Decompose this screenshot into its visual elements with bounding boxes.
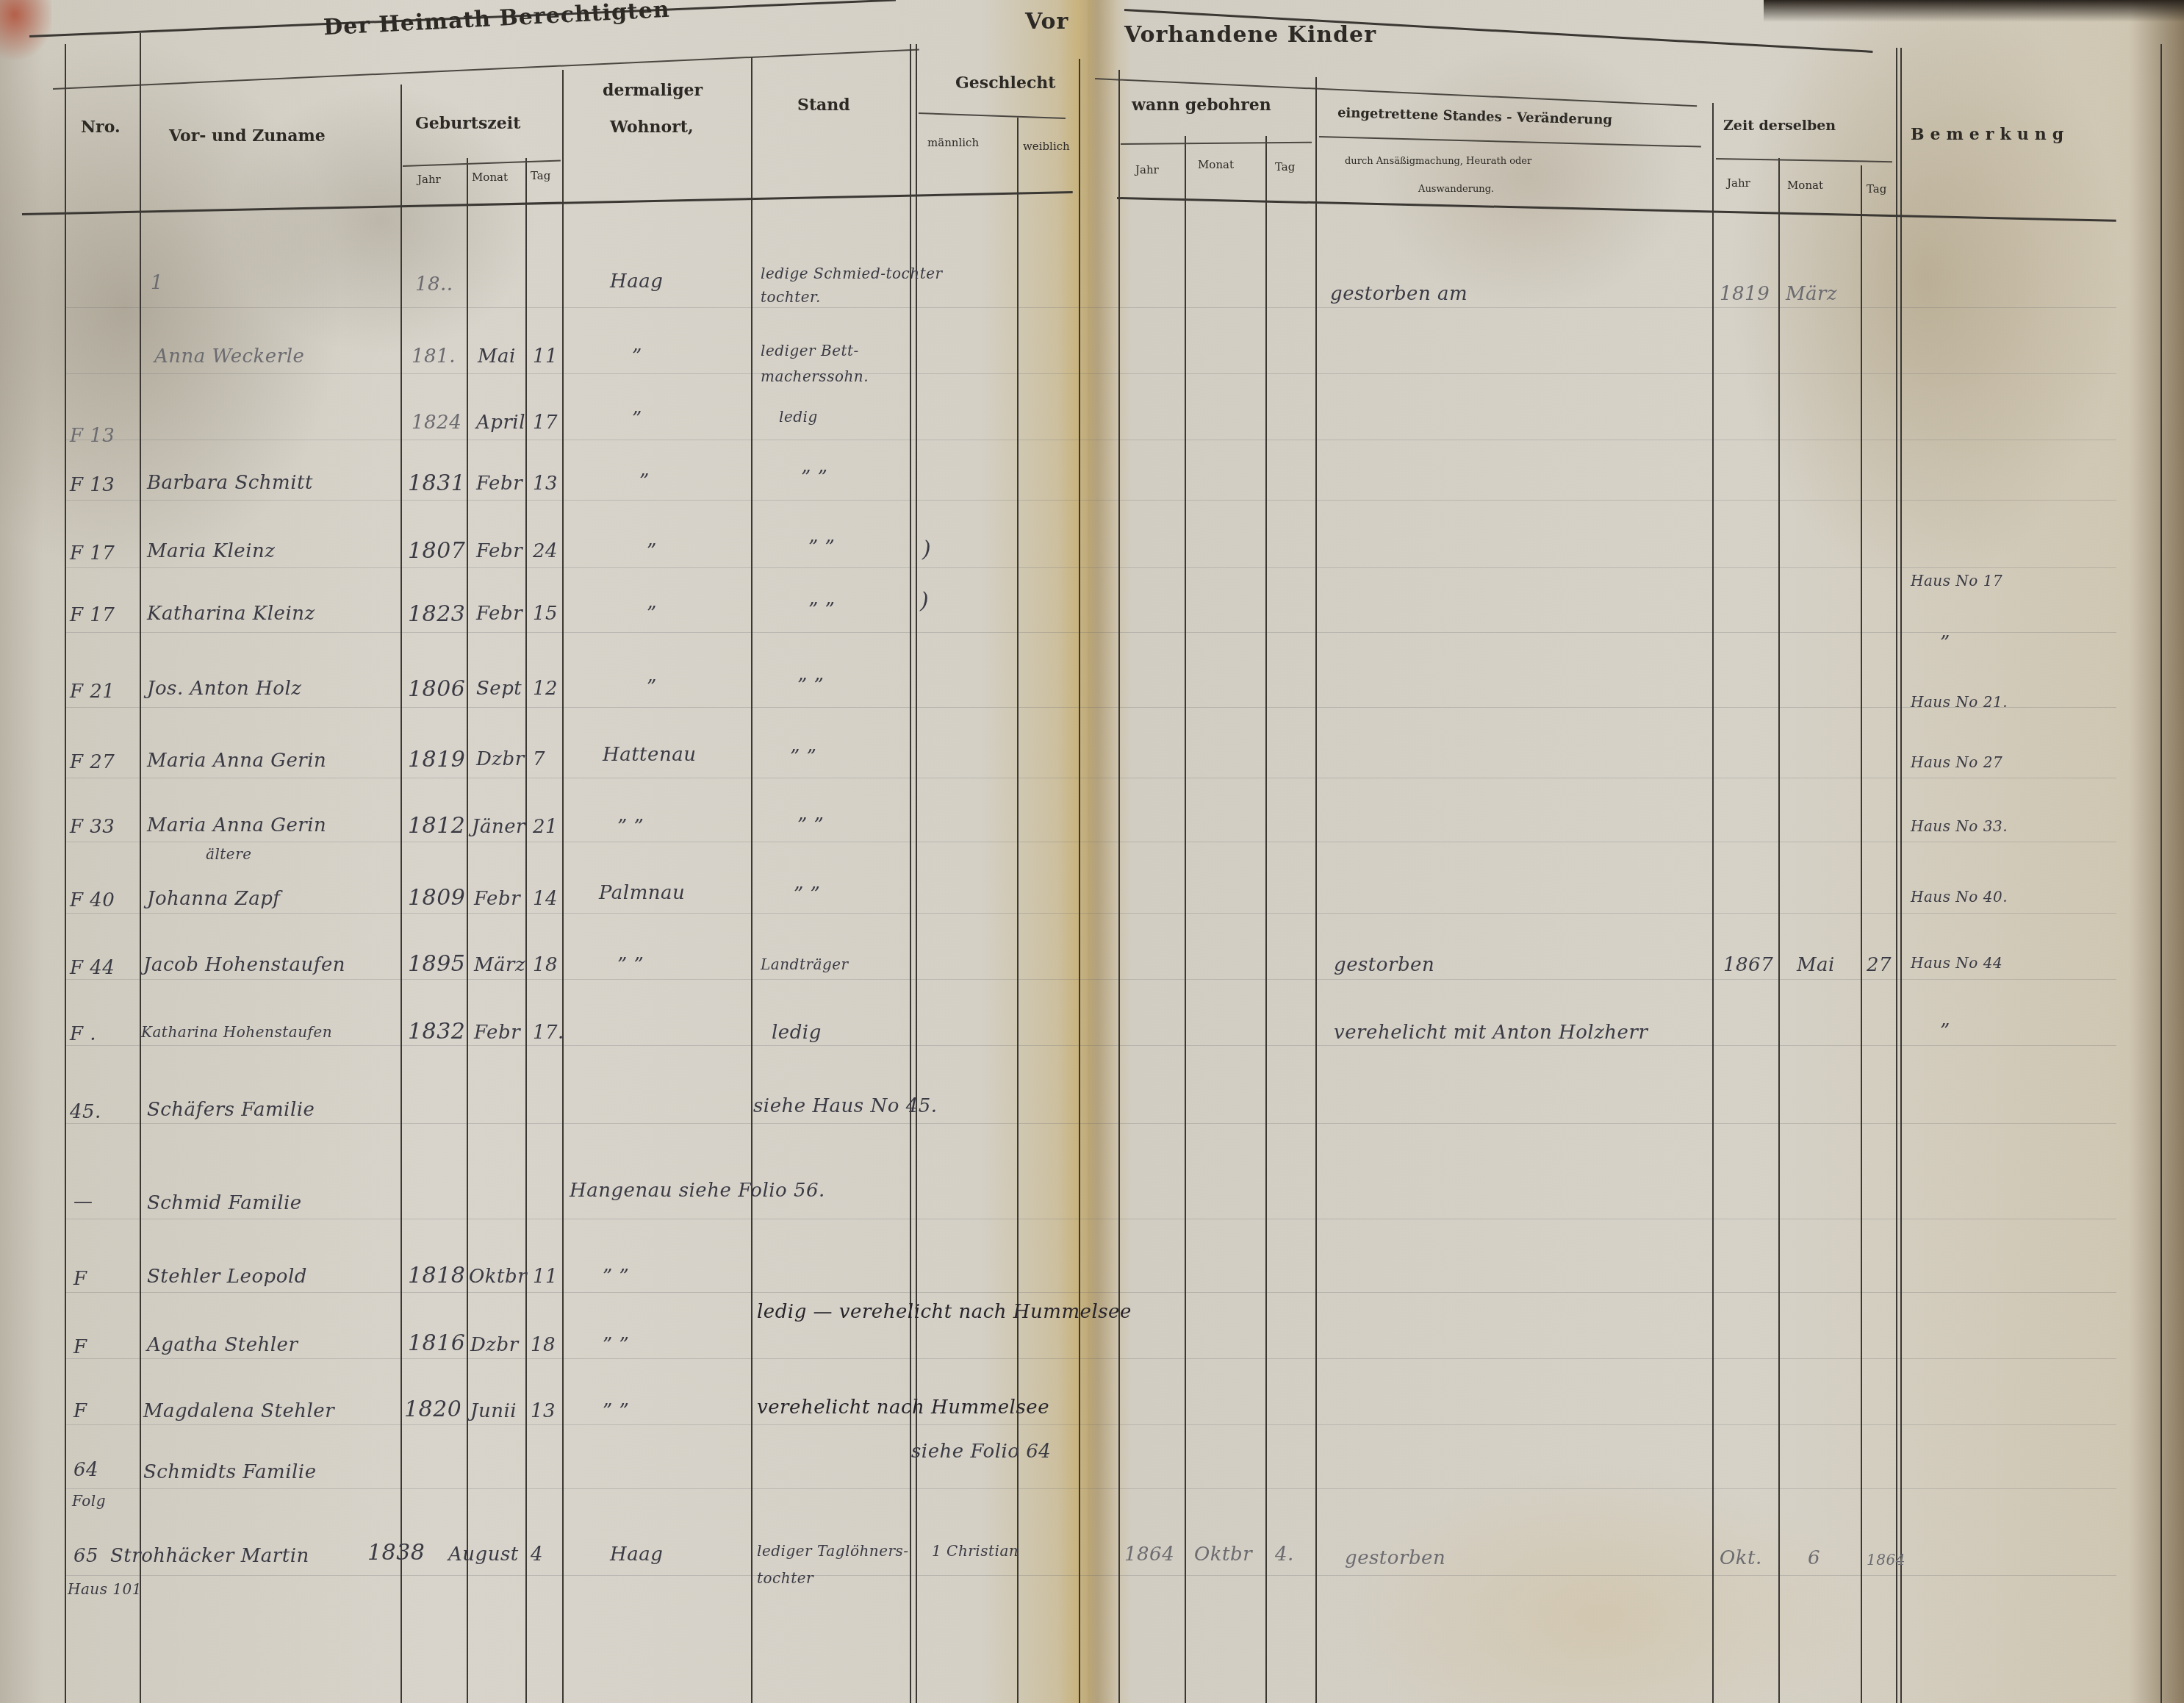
cell-geb-monat: Junii — [470, 1400, 517, 1422]
cell-wohnort: ” — [647, 540, 657, 562]
header-geb-tag: Tag — [531, 169, 550, 182]
cell-nro: F 13 — [70, 474, 115, 496]
cell-veraenderung: gestorben am — [1330, 283, 1468, 305]
cell-geb-tag: 17 — [533, 412, 558, 434]
cell-stand-2: tochter. — [761, 288, 821, 306]
cell-geb-tag: 18 — [533, 954, 558, 976]
cell-geb-monat: März — [474, 954, 525, 976]
cell-geb-jahr: 1823 — [408, 601, 465, 627]
cell-nro-2: Folg — [72, 1492, 106, 1510]
cell-wohnort: ” ” — [617, 954, 644, 976]
cell-name: Schmidts Familie — [143, 1461, 317, 1483]
cell-nro: 1 — [151, 272, 163, 294]
cell-nro: F 27 — [70, 751, 115, 773]
header-geburtszeit: Geburtszeit — [415, 114, 520, 133]
header-stand: Stand — [797, 96, 850, 115]
finger-edge — [0, 0, 51, 66]
cell-zeit-jahr: 1819 — [1720, 283, 1770, 305]
cell-geb-tag: 21 — [533, 816, 558, 838]
cell-geb-monat: Mai — [478, 345, 516, 368]
cell-geb-tag: 13 — [533, 473, 558, 495]
cell-geb-jahr: 1818 — [408, 1263, 465, 1288]
cell-nro: — — [73, 1191, 93, 1213]
cell-wohnort: ” ” — [603, 1266, 629, 1288]
right-page — [1088, 0, 2184, 1703]
header-name: Vor- und Zuname — [169, 126, 326, 146]
cell-geb-jahr: 1820 — [404, 1397, 461, 1422]
cell-zeit-tag: 27 — [1867, 954, 1892, 976]
cell-wohnort: ” — [632, 345, 642, 368]
cell-zeit-monat: 6 — [1808, 1547, 1820, 1569]
cell-name: Schäfers Familie — [147, 1099, 315, 1121]
cell-wohnort: ” — [647, 603, 657, 625]
cell-name: Maria Kleinz — [147, 540, 276, 562]
cell-zeit-jahr: 1867 — [1723, 954, 1773, 976]
cell-nro: 65 — [73, 1545, 98, 1567]
cell-bemerkung: Haus No 17 — [1911, 572, 2002, 589]
cell-geb-monat: Febr — [474, 1022, 520, 1044]
cell-wohnort: Haag — [610, 1544, 663, 1566]
bracket-mark: ) — [920, 588, 929, 614]
cell-nro: F — [73, 1268, 87, 1290]
cell-stand: ledige Schmied-tochter — [761, 265, 943, 282]
cell-geb-tag: 13 — [531, 1400, 556, 1422]
right-page-heading: Vorhandene Kinder — [1124, 22, 1376, 48]
header-nro: Nro. — [81, 118, 121, 137]
cell-name: Jos. Anton Holz — [147, 678, 301, 700]
cell-name: Maria Anna Gerin — [147, 814, 326, 836]
cell-geb-monat: Sept — [476, 678, 522, 700]
cell-nro: F 17 — [70, 542, 115, 564]
cell-wohnort: Hattenau — [603, 744, 696, 766]
cell-name: Johanna Zapf — [147, 888, 280, 910]
cell-geb-jahr: 1895 — [408, 951, 465, 977]
cell-nro: F — [73, 1400, 87, 1422]
cell-geb-tag: 18 — [531, 1334, 556, 1356]
cell-geb-jahr: 1824 — [412, 412, 461, 434]
cell-name: Magdalena Stehler — [143, 1400, 334, 1422]
cell-geb-jahr: 1806 — [408, 676, 465, 702]
cell-geb-jahr: 1812 — [408, 813, 465, 839]
cell-nro: F 17 — [70, 604, 115, 626]
cell-kind-monat: Oktbr — [1194, 1544, 1252, 1566]
cell-wohnort: ” ” — [603, 1334, 629, 1356]
cell-zeit-jahr: Okt. — [1720, 1547, 1762, 1569]
cell-stand-2: tochter — [757, 1569, 813, 1587]
cell-name: Agatha Stehler — [147, 1334, 298, 1356]
cell-geb-jahr: 1807 — [408, 538, 465, 564]
cell-geb-tag: 11 — [533, 1266, 558, 1288]
cell-name: Katharina Hohenstaufen — [141, 1023, 332, 1041]
cell-nro: F — [73, 1336, 87, 1358]
cell-geb-jahr: 1809 — [408, 885, 465, 911]
cell-geb-monat: Febr — [476, 603, 522, 625]
header-geb-jahr: Jahr — [417, 173, 441, 186]
header-kind-tag: Tag — [1275, 160, 1295, 173]
cell-wohnort: Palmnau — [599, 882, 685, 904]
cell-geb-jahr: 1838 — [367, 1540, 425, 1566]
cell-nro: F . — [70, 1023, 96, 1045]
cell-stand: ” ” — [797, 814, 824, 836]
cell-geb-tag: 17. — [533, 1022, 564, 1044]
cell-name: Barbara Schmitt — [147, 472, 313, 494]
header-zeit-tag: Tag — [1867, 182, 1886, 196]
cell-stand: ” ” — [808, 599, 835, 621]
cell-name: Schmid Familie — [147, 1192, 302, 1214]
cell-geb-jahr: 1831 — [408, 470, 465, 496]
cell-nro: 64 — [73, 1459, 98, 1481]
cell-geb-jahr: 1819 — [408, 747, 465, 772]
cell-stand: siehe Folio 64 — [911, 1441, 1051, 1463]
cell-stand: ” ” — [801, 467, 827, 489]
header-veraenderung-sub2: Auswanderung. — [1418, 184, 1494, 195]
cell-geb-monat: Febr — [476, 540, 522, 562]
cell-zeit-monat: März — [1786, 283, 1837, 305]
header-geb-monat: Monat — [472, 171, 508, 184]
cell-bemerkung: ” — [1940, 1020, 1950, 1042]
cell-stand: ” ” — [794, 883, 820, 906]
cell-veraenderung: verehelicht mit Anton Holzherr — [1334, 1022, 1648, 1044]
cell-nro: F 13 — [70, 425, 115, 447]
cell-wohnort: ” ” — [603, 1400, 629, 1422]
cell-zeit-tag: 1864 — [1867, 1551, 1905, 1568]
header-zeit-derselben: Zeit derselben — [1723, 118, 1836, 134]
cell-name: Jacob Hohenstaufen — [143, 954, 345, 976]
cell-nro: F 40 — [70, 889, 115, 911]
cell-wohnort: ” ” — [617, 816, 644, 838]
header-wohnort-2: Wohnort, — [610, 118, 694, 137]
bracket-mark: ) — [922, 537, 931, 562]
header-veraenderung-sub1: durch Ansäßigmachung, Heurath oder — [1345, 156, 1531, 167]
cell-geb-tag: 7 — [533, 748, 545, 770]
header-zeit-monat: Monat — [1787, 179, 1823, 192]
cell-bemerkung: Haus No 33. — [1911, 817, 2008, 835]
cell-nro: 45. — [70, 1101, 101, 1123]
cell-nro-2: Haus 101 — [68, 1580, 142, 1598]
cell-stand: ledig — verehelicht nach Hummelsee — [757, 1301, 1132, 1323]
cell-wohnort: ” — [632, 408, 642, 430]
cell-geb-tag: 15 — [533, 603, 558, 625]
cell-zeit-monat: Mai — [1797, 954, 1835, 976]
cell-veraenderung: gestorben — [1345, 1547, 1445, 1569]
cell-name: Katharina Kleinz — [147, 603, 315, 625]
page-edge-shadow — [1764, 0, 2184, 22]
header-maennlich: männlich — [927, 136, 979, 149]
cell-stand: ” ” — [790, 746, 816, 768]
cell-wohnort: ” — [639, 470, 650, 492]
cell-maennlich: 1 Christian — [932, 1542, 1019, 1560]
header-kind-monat: Monat — [1198, 158, 1234, 171]
cell-geb-jahr: 1832 — [408, 1019, 465, 1044]
cell-bemerkung: Haus No 44 — [1911, 954, 2002, 972]
cell-nro: F 44 — [70, 957, 115, 979]
header-wohnort-1: dermaliger — [603, 81, 703, 100]
cell-bemerkung: Haus No 21. — [1911, 693, 2008, 711]
cell-stand: ” ” — [808, 537, 835, 559]
cell-geb-monat: April — [476, 412, 525, 434]
cell-stand: ledig — [779, 408, 818, 426]
cell-geb-monat: Dzbr — [476, 748, 525, 770]
cell-stand-2: macherssohn. — [761, 368, 869, 385]
header-kind-jahr: Jahr — [1135, 163, 1159, 176]
header-weiblich: weiblich — [1023, 140, 1070, 153]
book-gutter — [1058, 0, 1117, 1703]
cell-stand: ledig — [772, 1022, 822, 1044]
cell-stand: verehelicht nach Hummelsee — [757, 1397, 1049, 1419]
cell-bemerkung: Haus No 27 — [1911, 753, 2002, 771]
cell-veraenderung: gestorben — [1334, 954, 1434, 976]
cell-stand: lediger Bett- — [761, 342, 859, 359]
cell-nro: F 21 — [70, 681, 115, 703]
cell-wohnort: Hangenau siehe Folio 56. — [570, 1180, 825, 1202]
cell-geb-monat: Febr — [476, 473, 522, 495]
header-wann-gebohren: wann gebohren — [1132, 96, 1271, 115]
header-geschlecht: Geschlecht — [955, 74, 1055, 93]
cell-stand: lediger Taglöhners- — [757, 1542, 909, 1560]
cell-geb-tag: 24 — [533, 540, 558, 562]
cell-stand: siehe Haus No 45. — [753, 1095, 938, 1117]
cell-name: Anna Weckerle — [154, 345, 304, 368]
cell-geb-monat: Dzbr — [470, 1334, 519, 1356]
cell-name: Stehler Leopold — [147, 1266, 307, 1288]
cell-kind-jahr: 1864 — [1124, 1544, 1174, 1566]
cell-name: Maria Anna Gerin — [147, 750, 326, 772]
header-zeit-jahr: Jahr — [1727, 176, 1750, 190]
heading-join: Vor — [1025, 9, 1068, 35]
cell-stand: ” ” — [797, 675, 824, 697]
cell-geb-tag: 11 — [533, 345, 558, 368]
cell-geb-jahr: 18.. — [415, 273, 453, 295]
cell-bemerkung: ” — [1940, 632, 1950, 654]
cell-geb-monat: Febr — [474, 888, 520, 910]
cell-stand: Landträger — [761, 956, 849, 973]
cell-geb-monat: August — [448, 1544, 519, 1566]
cell-name: Strohhäcker Martin — [110, 1545, 309, 1567]
cell-name-2: ältere — [206, 845, 252, 863]
cell-nro: F 33 — [70, 816, 115, 838]
cell-geb-tag: 4 — [531, 1544, 543, 1566]
cell-geb-jahr: 181. — [412, 345, 456, 368]
cell-geb-monat: Jäner — [472, 816, 525, 838]
cell-geb-monat: Oktbr — [469, 1266, 527, 1288]
cell-bemerkung: Haus No 40. — [1911, 888, 2008, 906]
cell-geb-jahr: 1816 — [408, 1330, 465, 1356]
cell-wohnort: ” — [647, 676, 657, 698]
cell-kind-tag: 4. — [1275, 1544, 1294, 1566]
cell-geb-tag: 12 — [533, 678, 558, 700]
cell-geb-tag: 14 — [533, 888, 558, 910]
cell-wohnort: Haag — [610, 270, 663, 293]
header-bemerkung: Bemerkung — [1911, 125, 2069, 144]
